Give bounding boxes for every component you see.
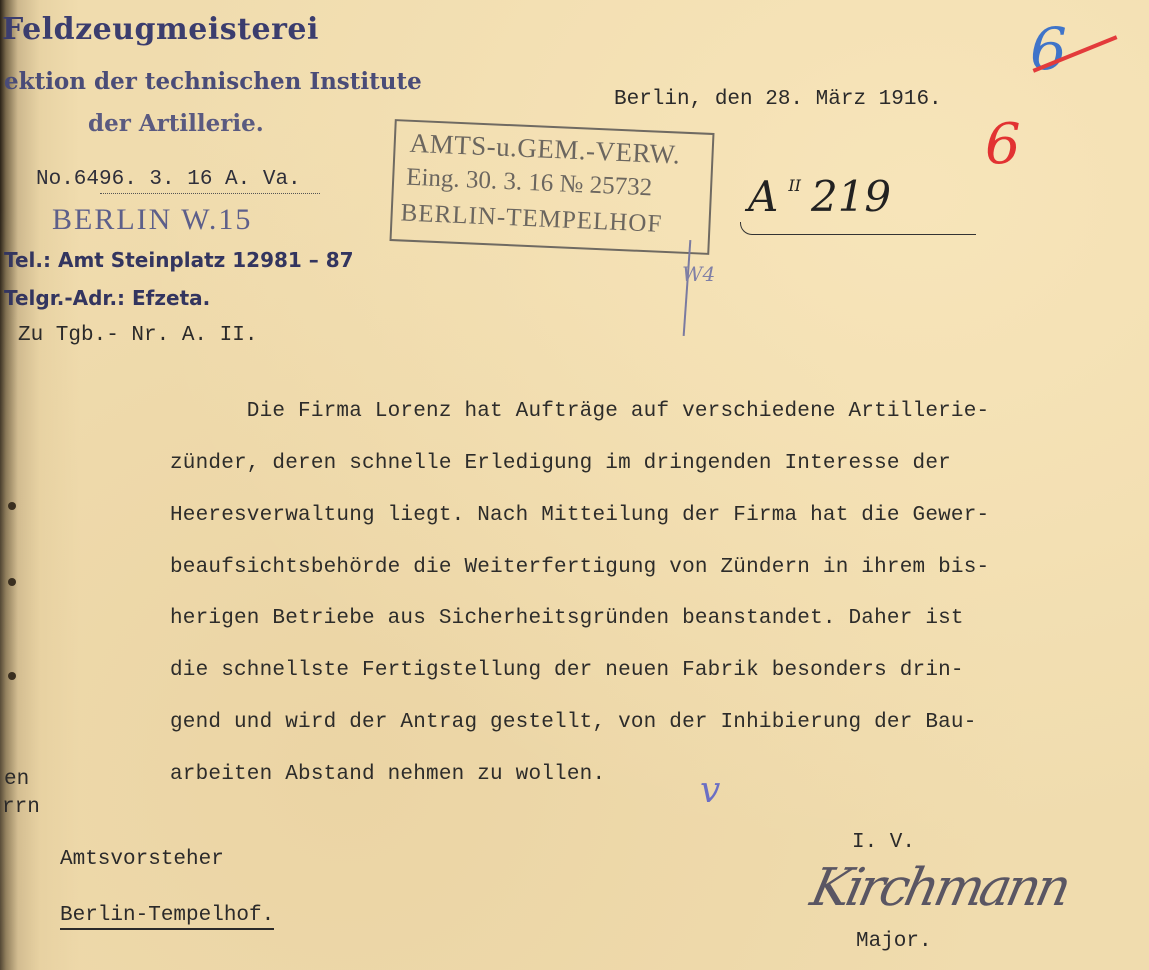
body-line: Heeresverwaltung liegt. Nach Mitteilung … (170, 504, 989, 527)
letterhead-telegram-address: Telgr.-Adr.: Efzeta. (4, 286, 210, 310)
handwritten-reference-number: 219 (811, 172, 891, 221)
receipt-stamp-office: AMTS-u.GEM.-VERW. (409, 128, 681, 171)
body-line: herigen Betriebe aus Sicherheitsgründen … (170, 607, 964, 630)
diary-reference: Zu Tgb.- Nr. A. II. (18, 324, 257, 347)
letterhead-subtitle-line2: der Artillerie. (88, 110, 264, 137)
body-line: die schnellste Fertigstellung der neuen … (170, 659, 964, 682)
pencil-stroke (683, 240, 692, 336)
handwritten-reference-underline (740, 222, 976, 235)
binding-hole (8, 672, 16, 680)
receipt-stamp: AMTS-u.GEM.-VERW. Eing. 30. 3. 16 № 2573… (389, 119, 714, 255)
blue-page-number: 6 (1030, 15, 1067, 83)
handwritten-reference-prefix: A (748, 172, 778, 221)
receipt-stamp-place: BERLIN-TEMPELHOF (400, 199, 663, 238)
signature-rank: Major. (856, 930, 932, 953)
handwritten-signature: Kirchmann (806, 858, 1073, 918)
date-line: Berlin, den 28. März 1916. (614, 88, 942, 111)
letterhead-city: BERLIN W.15 (52, 203, 252, 237)
letterhead-subtitle-line1: ektion der technischen Institute (4, 68, 422, 95)
blue-pencil-mark: v (700, 770, 720, 811)
body-line: gend und wird der Antrag gestellt, von d… (170, 711, 977, 734)
letterhead-title: Feldzeugmeisterei (2, 12, 319, 47)
recipient-place: Berlin-Tempelhof. (60, 904, 274, 930)
binding-hole (8, 578, 16, 586)
handwritten-reference: AII219 (748, 172, 891, 221)
receipt-stamp-entry: Eing. 30. 3. 16 № 25732 (406, 164, 653, 203)
reference-number: No.6496. 3. 16 A. Va. (36, 168, 301, 191)
recipient-title: Amtsvorsteher (60, 848, 224, 871)
body-line: beaufsichtsbehörde die Weiterfertigung v… (170, 556, 989, 579)
pencil-mark: W4 (682, 262, 715, 286)
binding-hole (8, 502, 16, 510)
body-line: Die Firma Lorenz hat Aufträge auf versch… (170, 400, 989, 423)
body-line: arbeiten Abstand nehmen zu wollen. (170, 763, 605, 786)
body-line: zünder, deren schnelle Erledigung im dri… (170, 452, 951, 475)
letterhead-telephone: Tel.: Amt Steinplatz 12981 – 87 (4, 248, 354, 272)
red-page-number: 6 (985, 112, 1021, 177)
margin-fragment: en (4, 768, 29, 791)
margin-fragment: rrn (2, 796, 40, 819)
reference-dotted-line (100, 193, 320, 194)
signature-on-behalf: I. V. (852, 831, 915, 854)
handwritten-reference-superscript: II (788, 176, 801, 195)
